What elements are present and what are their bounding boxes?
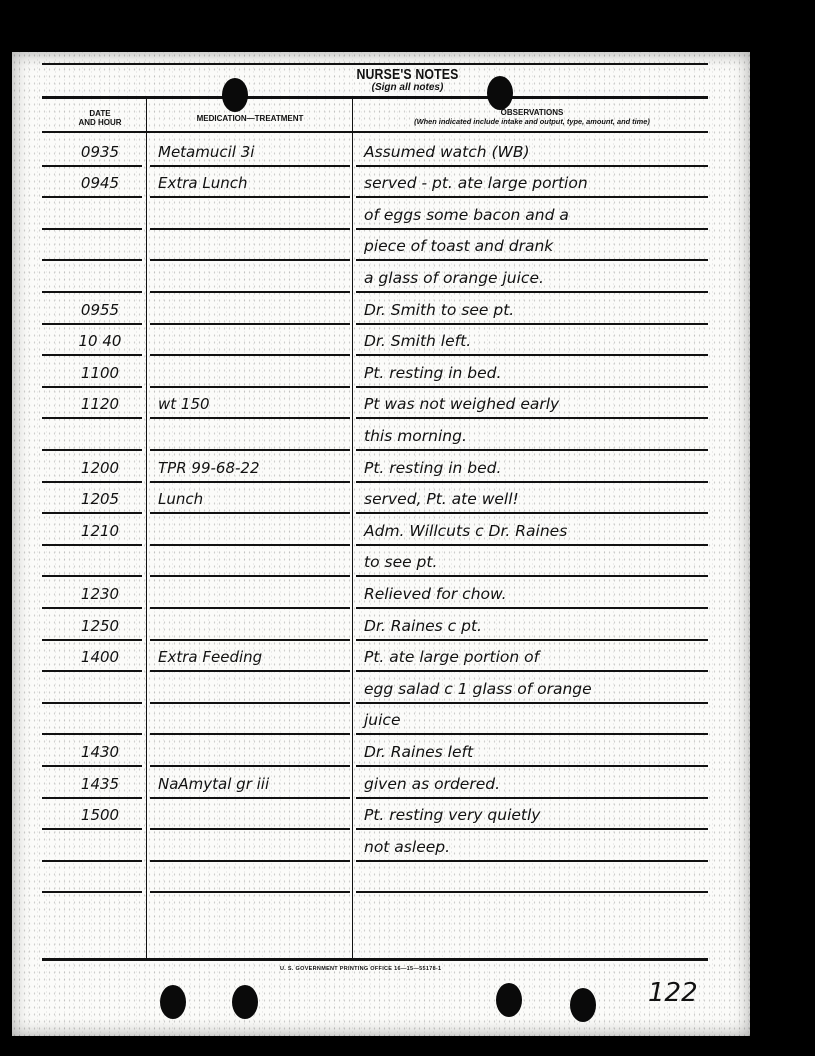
row-time xyxy=(64,421,136,451)
row-observation: Assumed watch (WB) xyxy=(364,137,530,167)
row-observation: not asleep. xyxy=(364,832,450,862)
printer-mark: U. S. GOVERNMENT PRINTING OFFICE 16—15—5… xyxy=(280,966,441,972)
row-line xyxy=(150,228,350,230)
row-time: 1250 xyxy=(64,611,136,641)
row-medication: wt 150 xyxy=(158,389,210,419)
row-observation: given as ordered. xyxy=(364,769,500,799)
column-header-date-line2: AND HOUR xyxy=(70,118,130,127)
row-observation: served, Pt. ate well! xyxy=(364,484,519,514)
column-header-observations: OBSERVATIONS (When indicated include int… xyxy=(356,108,708,126)
row-time: 1430 xyxy=(64,737,136,767)
row-line xyxy=(150,765,350,767)
row-line xyxy=(150,323,350,325)
row-time xyxy=(64,863,136,893)
row-observation: Pt. resting in bed. xyxy=(364,453,501,483)
row-line xyxy=(150,354,350,356)
row-time: 0945 xyxy=(64,168,136,198)
row-time xyxy=(64,832,136,862)
row-medication: TPR 99-68-22 xyxy=(158,453,259,483)
row-observation: Dr. Raines c pt. xyxy=(364,611,482,641)
column-header-date-line1: DATE xyxy=(70,109,130,118)
row-time: 1435 xyxy=(64,769,136,799)
row-observation: piece of toast and drank xyxy=(364,231,553,261)
row-time: 1120 xyxy=(64,389,136,419)
column-divider-1 xyxy=(146,99,147,959)
punch-hole xyxy=(570,988,596,1022)
row-line xyxy=(150,607,350,609)
row-observation: a glass of orange juice. xyxy=(364,263,544,293)
row-time: 0955 xyxy=(64,295,136,325)
row-observation: Dr. Raines left xyxy=(364,737,473,767)
row-time xyxy=(64,705,136,735)
row-line xyxy=(356,891,708,893)
row-observation: egg salad c 1 glass of orange xyxy=(364,674,592,704)
row-line xyxy=(150,575,350,577)
form-title: NURSE'S NOTES xyxy=(73,66,741,83)
row-line xyxy=(150,386,350,388)
top-rule xyxy=(42,96,708,99)
row-line xyxy=(150,828,350,830)
row-line xyxy=(150,733,350,735)
row-line xyxy=(150,639,350,641)
row-line xyxy=(150,259,350,261)
row-time: 10 40 xyxy=(64,326,136,356)
row-line xyxy=(150,891,350,893)
row-observation: Adm. Willcuts c Dr. Raines xyxy=(364,516,567,546)
row-observation: served - pt. ate large portion xyxy=(364,168,588,198)
row-time: 0935 xyxy=(64,137,136,167)
row-observation: Pt. resting in bed. xyxy=(364,358,501,388)
row-time xyxy=(64,263,136,293)
column-header-medication: MEDICATION—TREATMENT xyxy=(150,114,350,123)
row-line xyxy=(150,702,350,704)
row-observation: this morning. xyxy=(364,421,467,451)
row-line xyxy=(150,860,350,862)
row-line xyxy=(356,733,708,735)
row-observation: Dr. Smith left. xyxy=(364,326,471,356)
row-observation: Dr. Smith to see pt. xyxy=(364,295,514,325)
row-time xyxy=(64,231,136,261)
row-line xyxy=(150,449,350,451)
row-medication: Extra Lunch xyxy=(158,168,248,198)
row-medication: NaAmytal gr iii xyxy=(158,769,269,799)
header-top-rule xyxy=(42,63,708,65)
row-time xyxy=(64,674,136,704)
bottom-rule xyxy=(42,958,708,961)
row-observation: of eggs some bacon and a xyxy=(364,200,569,230)
row-time: 1230 xyxy=(64,579,136,609)
form-subtitle: (Sign all notes) xyxy=(0,82,815,93)
observations-note: (When indicated include intake and outpu… xyxy=(356,117,708,126)
row-medication: Metamucil 3i xyxy=(158,137,254,167)
row-time xyxy=(64,547,136,577)
header-bottom-rule xyxy=(42,131,708,133)
row-time: 1210 xyxy=(64,516,136,546)
row-time: 1500 xyxy=(64,800,136,830)
row-time: 1205 xyxy=(64,484,136,514)
page-number: 122 xyxy=(648,978,698,1008)
punch-hole xyxy=(496,983,522,1017)
row-observation: Pt was not weighed early xyxy=(364,389,559,419)
punch-hole xyxy=(160,985,186,1019)
row-time: 1200 xyxy=(64,453,136,483)
column-header-date: DATE AND HOUR xyxy=(70,109,130,127)
row-observation: Pt. resting very quietly xyxy=(364,800,540,830)
row-time: 1100 xyxy=(64,358,136,388)
row-line xyxy=(150,291,350,293)
row-observation: juice xyxy=(364,705,401,735)
observations-title: OBSERVATIONS xyxy=(356,108,708,117)
column-divider-2 xyxy=(352,99,353,959)
row-observation: Pt. ate large portion of xyxy=(364,642,539,672)
row-medication: Lunch xyxy=(158,484,203,514)
punch-hole xyxy=(232,985,258,1019)
row-observation: Relieved for chow. xyxy=(364,579,507,609)
row-time: 1400 xyxy=(64,642,136,672)
row-time xyxy=(64,895,136,925)
row-time xyxy=(64,200,136,230)
row-line xyxy=(150,544,350,546)
row-observation: to see pt. xyxy=(364,547,437,577)
row-medication: Extra Feeding xyxy=(158,642,262,672)
